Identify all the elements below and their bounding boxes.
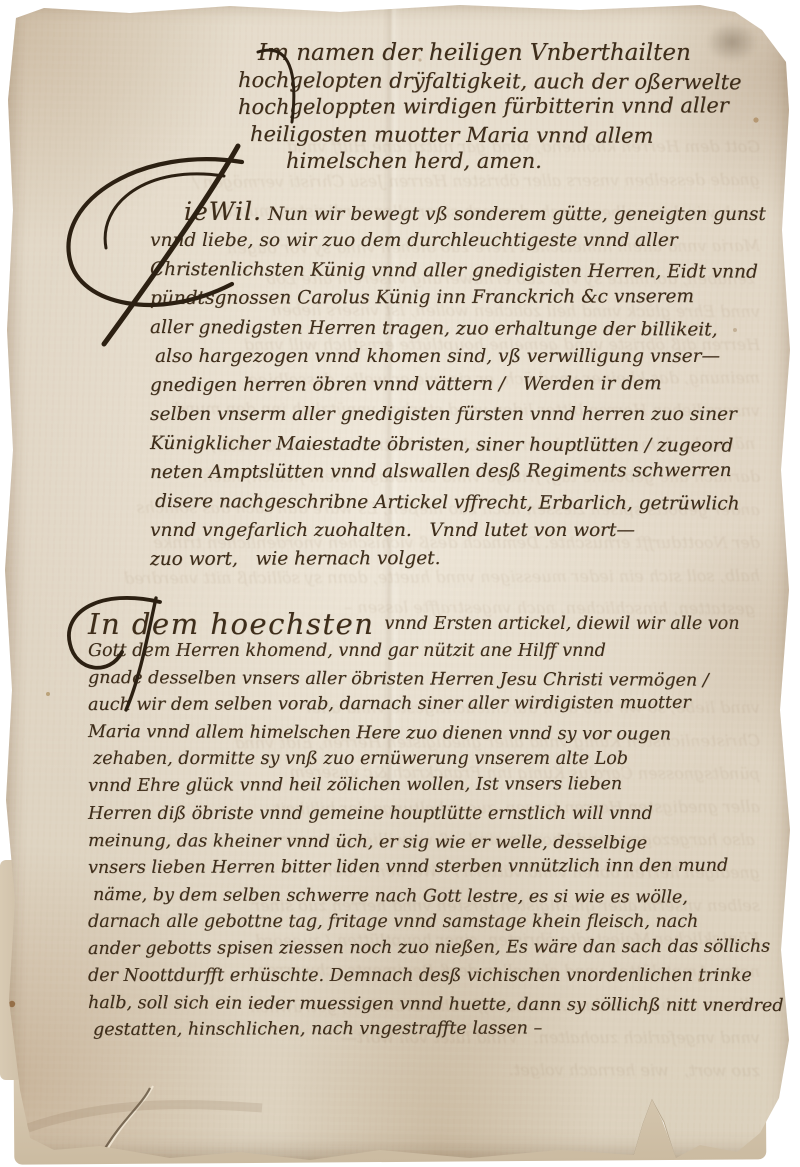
ink-spot <box>733 328 737 332</box>
corner-fold-shadow <box>706 22 758 62</box>
tear-crack-mark <box>104 1088 150 1150</box>
scanned-manuscript-scene: Gott dem Herren khomend, vnnd gar nützit… <box>0 0 800 1167</box>
ink-spot <box>418 58 421 61</box>
fold-shadow <box>28 1105 262 1128</box>
paper-damage-marks <box>0 0 800 1167</box>
ink-spot <box>753 117 758 122</box>
ink-spot <box>698 978 702 982</box>
ink-spot <box>46 692 50 696</box>
manuscript-page: Gott dem Herren khomend, vnnd gar nützit… <box>0 0 800 1167</box>
